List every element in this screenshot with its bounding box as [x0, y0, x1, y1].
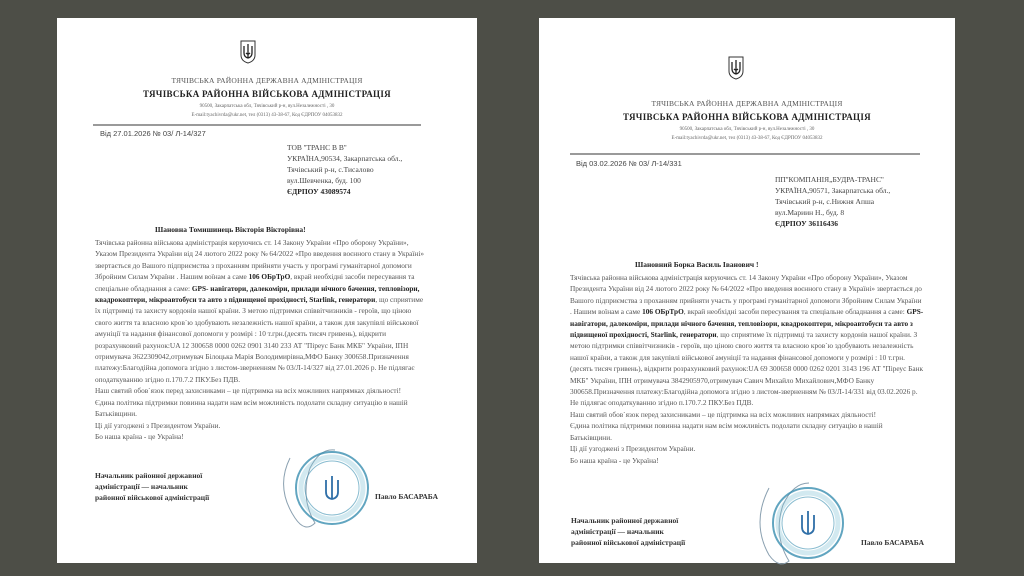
body-paragraph-4: Ці дії узгоджені з Президентом України.: [95, 420, 427, 431]
recipient-code: ЄДРПОУ 36116436: [775, 218, 890, 229]
letter-page-right: ТЯЧІВСЬКА РАЙОННА ДЕРЖАВНА АДМІНІСТРАЦІЯ…: [539, 18, 955, 563]
recipient-block: ТОВ ''ТРАНС В В'' УКРАЇНА,90534, Закарпа…: [287, 142, 402, 197]
org-state-name: ТЯЧІВСЬКА РАЙОННА ДЕРЖАВНА АДМІНІСТРАЦІЯ: [57, 76, 477, 85]
org-address: 90500, Закарпатська обл, Тячівський р-н,…: [539, 125, 955, 134]
org-contacts: E-mail:tyachivrda@ukr.net, тел (0313) 43…: [57, 111, 477, 120]
body-paragraph-4: Ці дії узгоджені з Президентом України.: [570, 443, 925, 454]
body-paragraph-1: Тячівська районна військова адміністраці…: [95, 237, 427, 385]
coat-of-arms-icon: [728, 56, 744, 80]
org-contacts: E-mail:tyachivrda@ukr.net, тел (0313) 43…: [539, 134, 955, 143]
recipient-address-2: Тячівський р-н, с.Нижня Апша: [775, 196, 890, 207]
recipient-name: ПП''КОМПАНІЯ„БУДРА-ТРАНС'': [775, 174, 890, 185]
recipient-address-1: УКРАЇНА,90571, Закарпатська обл.,: [775, 185, 890, 196]
official-stamp: [751, 473, 851, 573]
coat-of-arms-icon: [240, 40, 256, 64]
body-paragraph-3: Єдина політика підтримки повинна надати …: [570, 420, 925, 443]
org-state-name: ТЯЧІВСЬКА РАЙОННА ДЕРЖАВНА АДМІНІСТРАЦІЯ: [539, 99, 955, 108]
official-stamp: [275, 438, 375, 538]
signatory-title: Начальник районної державної адміністрац…: [95, 470, 209, 503]
recipient-address-1: УКРАЇНА,90534, Закарпатська обл.,: [287, 153, 402, 164]
recipient-code: ЄДРПОУ 43089574: [287, 186, 402, 197]
letter-reference: Від 03.02.2026 № 03/ Л-14/331: [576, 159, 682, 168]
org-military-name: ТЯЧІВСЬКА РАЙОННА ВІЙСЬКОВА АДМІНІСТРАЦІ…: [539, 112, 955, 122]
header-divider: [93, 124, 421, 126]
body-paragraph-5: Бо наша країна - це Україна!: [95, 431, 427, 442]
body-paragraph-1: Тячівська районна військова адміністраці…: [570, 272, 925, 409]
signatory-name: Павло БАСАРАБА: [861, 538, 924, 547]
recipient-name: ТОВ ''ТРАНС В В'': [287, 142, 402, 153]
greeting: Шановний Борка Василь Іванович !: [635, 260, 759, 269]
recipient-address-2: Тячівський р-н, с.Тисалово: [287, 164, 402, 175]
recipient-address-3: вул.Шевченка, буд. 100: [287, 175, 402, 186]
body-paragraph-5: Бо наша країна - це Україна!: [570, 455, 925, 466]
body-paragraph-2: Наш святий обов`язок перед захисниками –…: [95, 385, 427, 396]
recipient-address-3: вул.Мариин Н., буд. 8: [775, 207, 890, 218]
signatory-name: Павло БАСАРАБА: [375, 492, 438, 501]
signatory-title: Начальник районної державної адміністрац…: [571, 515, 685, 548]
letter-body: Тячівська районна військова адміністраці…: [570, 272, 925, 466]
greeting: Шановна Томишинець Вікторія Вікторівна!: [155, 225, 306, 234]
org-military-name: ТЯЧІВСЬКА РАЙОННА ВІЙСЬКОВА АДМІНІСТРАЦІ…: [57, 89, 477, 99]
letter-body: Тячівська районна військова адміністраці…: [95, 237, 427, 442]
recipient-block: ПП''КОМПАНІЯ„БУДРА-ТРАНС'' УКРАЇНА,90571…: [775, 174, 890, 229]
letter-reference: Від 27.01.2026 № 03/ Л-14/327: [100, 129, 206, 138]
org-address: 90500, Закарпатська обл, Тячівський р-н,…: [57, 102, 477, 111]
body-paragraph-3: Єдина політика підтримки повинна надати …: [95, 397, 427, 420]
body-paragraph-2: Наш святий обов`язок перед захисниками –…: [570, 409, 925, 420]
header-divider: [570, 153, 920, 155]
letter-page-left: ТЯЧІВСЬКА РАЙОННА ДЕРЖАВНА АДМІНІСТРАЦІЯ…: [57, 18, 477, 563]
